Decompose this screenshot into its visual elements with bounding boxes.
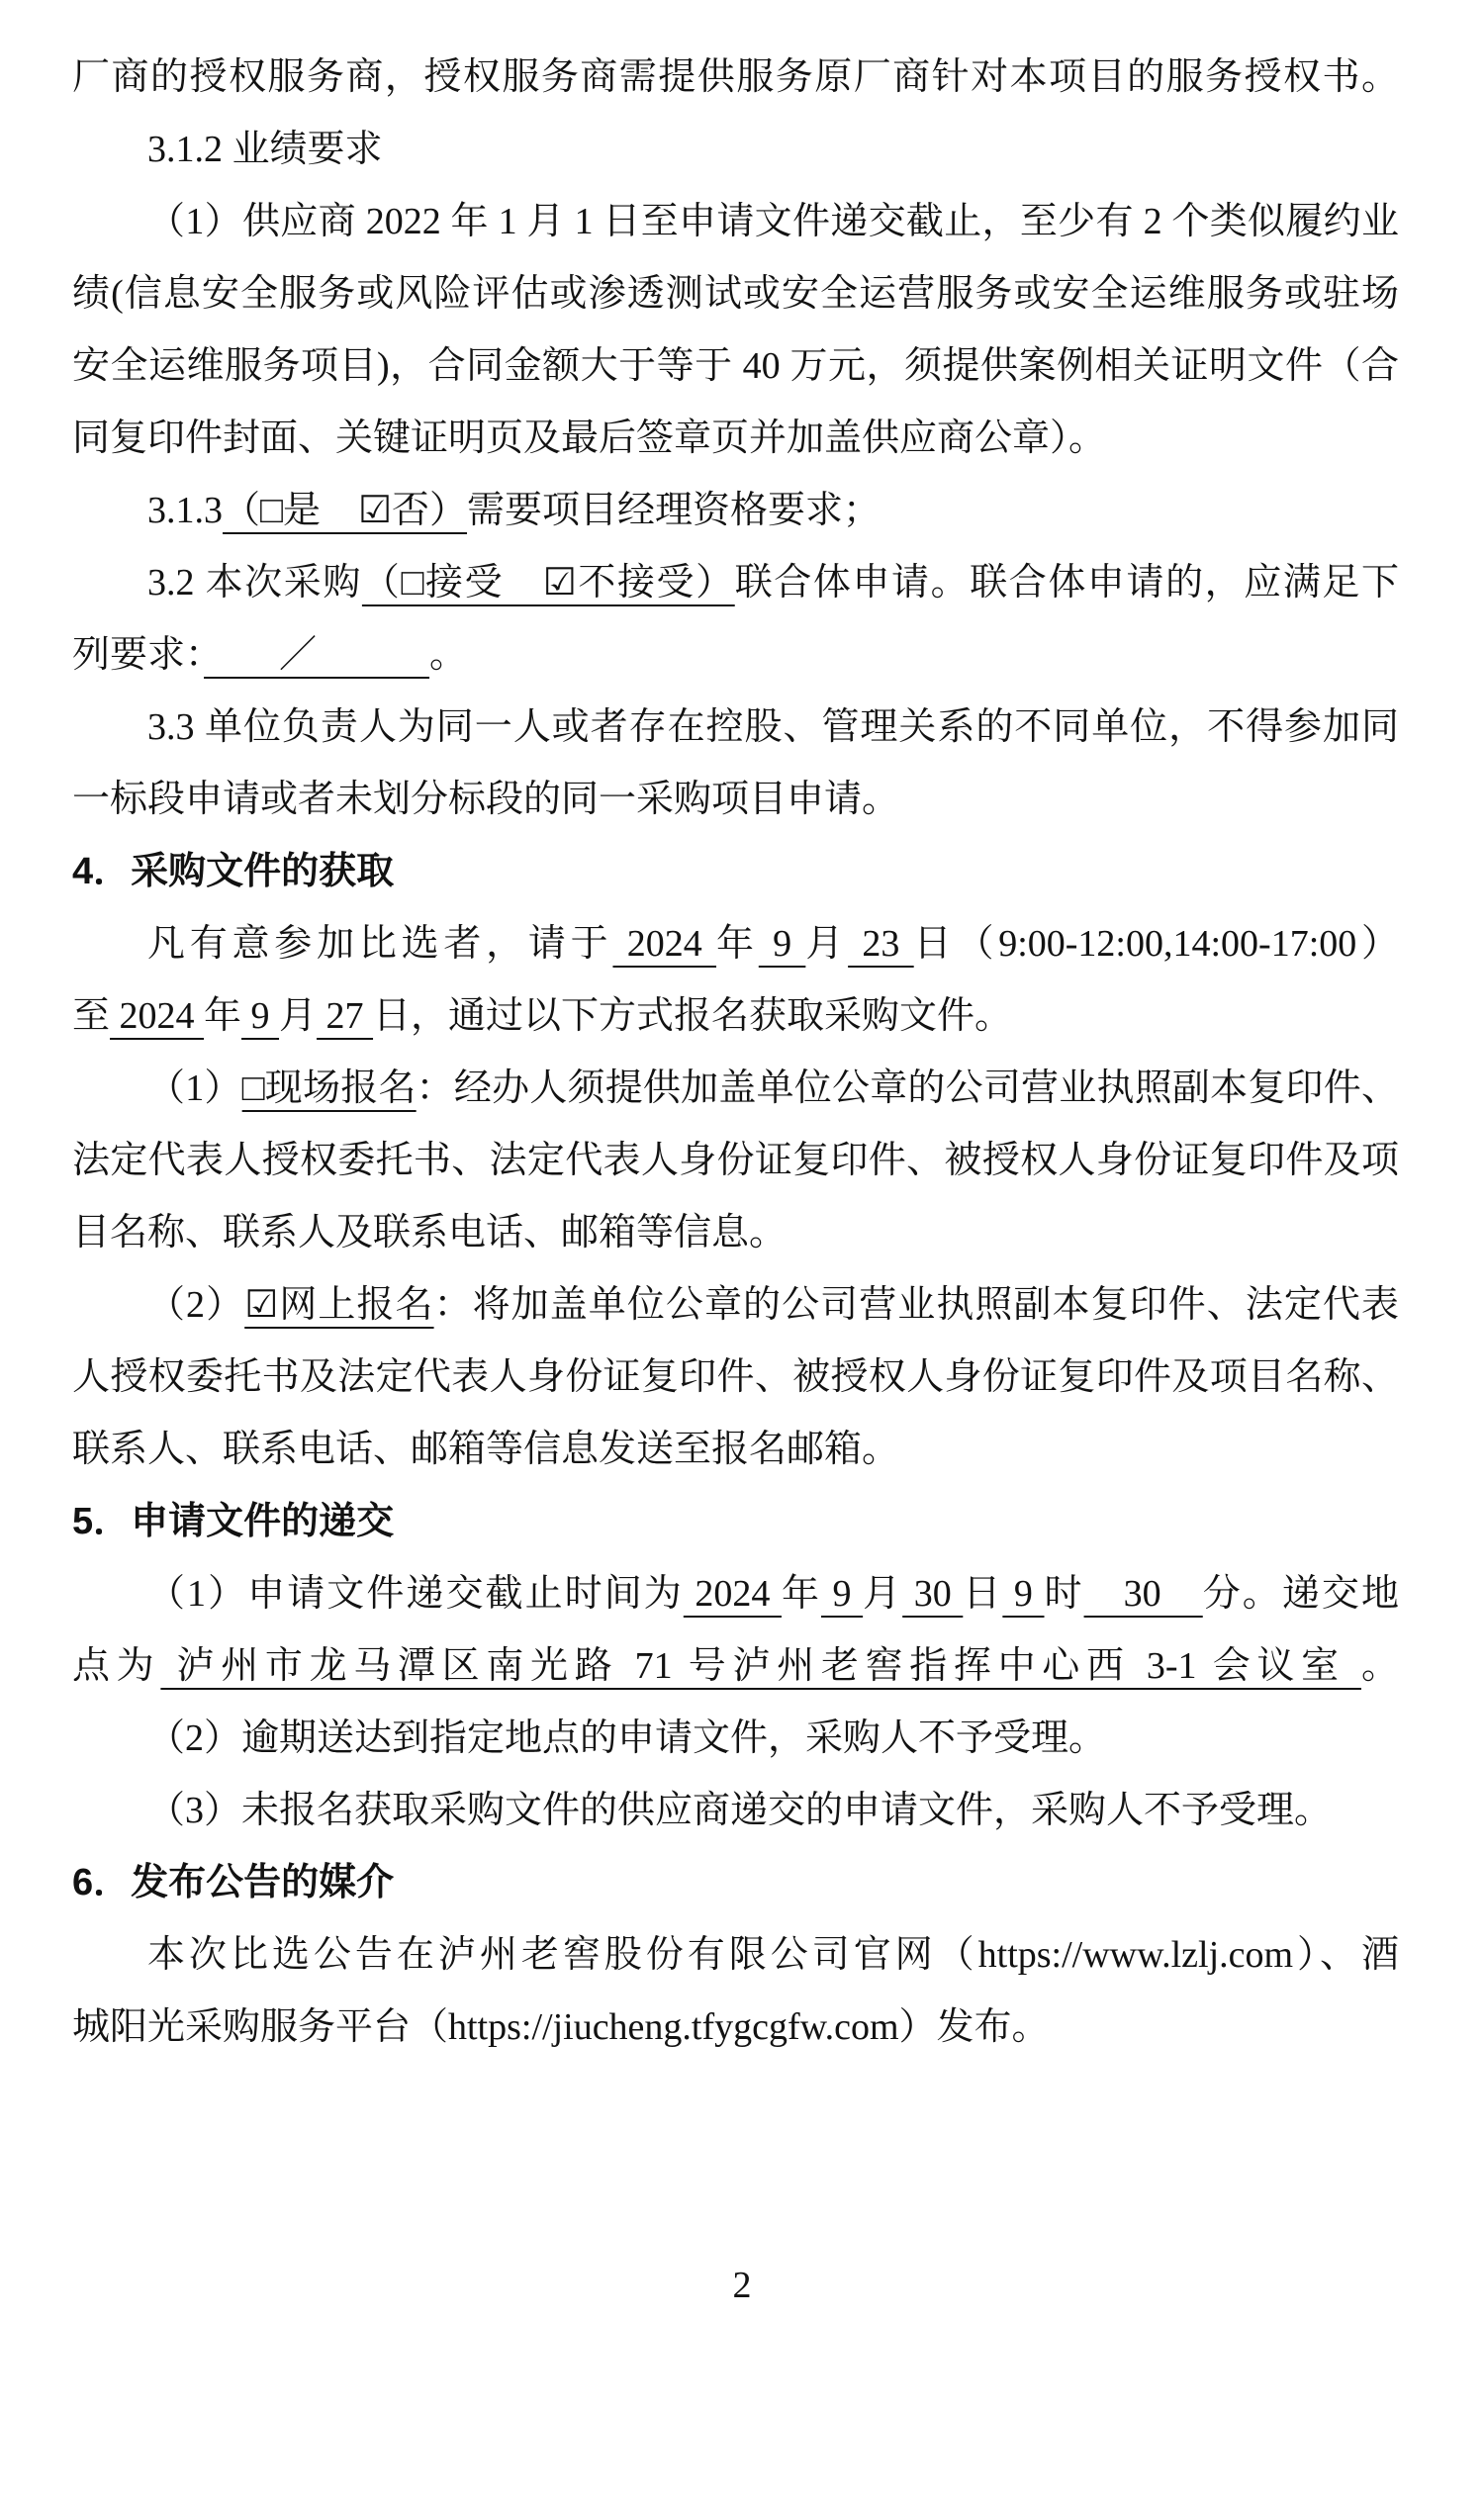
text-line: 凡有意参加比选者，请于 2024 年 9 月 23 日（9:00-12:00,1… xyxy=(72,908,1399,980)
text-run: （3）未报名获取采购文件的供应商递交的申请文件，采购人不予受理。 xyxy=(147,1790,1332,1831)
text-run: 年 xyxy=(204,995,241,1037)
text-line: 厂商的授权服务商，授权服务商需提供服务原厂商针对本项目的服务授权书。 xyxy=(72,42,1399,114)
text-line: 3.1.2 业绩要求 xyxy=(72,114,1399,186)
project-manager-requirement-checkboxes: （□是 ☑否） xyxy=(223,490,467,531)
text-run: （1）供应商 2022 年 1 月 1 日至申请文件递交截止，至少有 2 个类似… xyxy=(147,201,1399,242)
text-run: 日 xyxy=(963,1573,1002,1615)
text-run: 年 xyxy=(716,923,759,965)
text-line: 至 2024 年 9 月 27 日，通过以下方式报名获取采购文件。 xyxy=(72,980,1399,1053)
text-line: 列要求： ／ 。 xyxy=(72,619,1399,692)
deadline-hour-blank: 9 xyxy=(1002,1573,1044,1615)
text-run: 。 xyxy=(1361,1645,1399,1687)
onsite-registration-checkbox: □现场报名 xyxy=(242,1067,417,1109)
section-heading: 5．申请文件的递交 xyxy=(72,1486,1399,1558)
text-line: （3）未报名获取采购文件的供应商递交的申请文件，采购人不予受理。 xyxy=(72,1775,1399,1847)
text-run: 时 xyxy=(1045,1573,1084,1615)
document-body: 厂商的授权服务商，授权服务商需提供服务原厂商针对本项目的服务授权书。3.1.2 … xyxy=(72,42,1399,2064)
start-month-blank: 9 xyxy=(759,923,806,965)
text-run: 6．发布公告的媒介 xyxy=(72,1862,394,1903)
text-run: 厂商的授权服务商，授权服务商需提供服务原厂商针对本项目的服务授权书。 xyxy=(72,56,1399,98)
text-run: 一标段申请或者未划分标段的同一采购项目申请。 xyxy=(72,779,899,820)
document-page: 厂商的授权服务商，授权服务商需提供服务原厂商针对本项目的服务授权书。3.1.2 … xyxy=(0,0,1484,2505)
text-run: 。 xyxy=(429,634,467,676)
text-line: （1）□现场报名：经办人须提供加盖单位公章的公司营业执照副本复印件、 xyxy=(72,1053,1399,1125)
text-run: 3.1.3 xyxy=(147,490,223,531)
text-line: （2）☑网上报名：将加盖单位公章的公司营业执照副本复印件、法定代表 xyxy=(72,1269,1399,1342)
text-run: （2）逾期送达到指定地点的申请文件，采购人不予受理。 xyxy=(147,1717,1106,1759)
page-number: 2 xyxy=(0,2264,1484,2307)
deadline-month-blank: 9 xyxy=(821,1573,863,1615)
text-line: 绩(信息安全服务或风险评估或渗透测试或安全运营服务或安全运维服务或驻场 xyxy=(72,258,1399,330)
text-run: （1）申请文件递交截止时间为 xyxy=(147,1573,684,1615)
text-line: 人授权委托书及法定代表人身份证复印件、被授权人身份证复印件及项目名称、 xyxy=(72,1342,1399,1414)
online-registration-checkbox: ☑网上报名 xyxy=(244,1284,433,1326)
text-line: （1）供应商 2022 年 1 月 1 日至申请文件递交截止，至少有 2 个类似… xyxy=(72,186,1399,258)
text-run: 3.3 单位负责人为同一人或者存在控股、管理关系的不同单位，不得参加同 xyxy=(147,706,1399,748)
deadline-day-blank: 30 xyxy=(902,1573,963,1615)
text-run: 联合体申请。联合体申请的，应满足下 xyxy=(735,562,1399,603)
end-year-blank: 2024 xyxy=(110,995,204,1037)
deadline-year-blank: 2024 xyxy=(684,1573,782,1615)
text-run: 至 xyxy=(72,995,110,1037)
text-line: 法定代表人授权委托书、法定代表人身份证复印件、被授权人身份证复印件及项 xyxy=(72,1125,1399,1197)
consortium-accept-checkboxes: （□接受 ☑不接受） xyxy=(362,562,735,603)
text-line: （2）逾期送达到指定地点的申请文件，采购人不予受理。 xyxy=(72,1703,1399,1775)
text-run: 城阳光采购服务平台（https://jiucheng.tfygcgfw.com）… xyxy=(72,2006,1050,2048)
text-run: 本次比选公告在泸州老窖股份有限公司官网（https://www.lzlj.com… xyxy=(147,1934,1399,1976)
text-run: 同复印件封面、关键证明页及最后签章页并加盖供应商公章）。 xyxy=(72,417,1106,459)
text-run: 分。递交地 xyxy=(1203,1573,1399,1615)
text-run: 3.1.2 业绩要求 xyxy=(147,129,383,170)
text-run: 凡有意参加比选者，请于 xyxy=(147,923,612,965)
text-run: 安全运维服务项目)，合同金额大于等于 40 万元，须提供案例相关证明文件（合 xyxy=(72,345,1399,387)
submission-address-blank: 泸州市龙马潭区南光路 71 号泸州老窖指挥中心西 3-1 会议室 xyxy=(160,1645,1361,1687)
text-run: 法定代表人授权委托书、法定代表人身份证复印件、被授权人身份证复印件及项 xyxy=(72,1140,1399,1181)
deadline-minute-blank: 30 xyxy=(1084,1573,1203,1615)
text-run: 目名称、联系人及联系电话、邮箱等信息。 xyxy=(72,1212,787,1253)
text-line: 本次比选公告在泸州老窖股份有限公司官网（https://www.lzlj.com… xyxy=(72,1919,1399,1992)
section-heading: 4．采购文件的获取 xyxy=(72,836,1399,908)
text-line: 联系人、联系电话、邮箱等信息发送至报名邮箱。 xyxy=(72,1414,1399,1486)
text-run: 绩(信息安全服务或风险评估或渗透测试或安全运营服务或安全运维服务或驻场 xyxy=(72,273,1399,315)
text-line: 安全运维服务项目)，合同金额大于等于 40 万元，须提供案例相关证明文件（合 xyxy=(72,330,1399,403)
text-run: ：将加盖单位公章的公司营业执照副本复印件、法定代表 xyxy=(434,1284,1399,1326)
text-run: 联系人、联系电话、邮箱等信息发送至报名邮箱。 xyxy=(72,1429,899,1470)
text-run: 人授权委托书及法定代表人身份证复印件、被授权人身份证复印件及项目名称、 xyxy=(72,1356,1399,1398)
start-day-blank: 23 xyxy=(848,923,914,965)
text-run: （1） xyxy=(147,1067,242,1109)
text-run: 月 xyxy=(805,923,848,965)
text-run: 日（9:00-12:00,14:00-17:00） xyxy=(914,923,1399,965)
text-run: 日，通过以下方式报名获取采购文件。 xyxy=(373,995,1012,1037)
text-run: 月 xyxy=(279,995,317,1037)
text-run: （2） xyxy=(147,1284,244,1326)
section-heading: 6．发布公告的媒介 xyxy=(72,1847,1399,1919)
text-line: 同复印件封面、关键证明页及最后签章页并加盖供应商公章）。 xyxy=(72,403,1399,475)
text-run: 月 xyxy=(863,1573,902,1615)
text-run: 3.2 本次采购 xyxy=(147,562,362,603)
text-run: 列要求： xyxy=(72,634,204,676)
text-run: 需要项目经理资格要求； xyxy=(467,490,881,531)
text-line: 一标段申请或者未划分标段的同一采购项目申请。 xyxy=(72,764,1399,836)
text-line: 点为 泸州市龙马潭区南光路 71 号泸州老窖指挥中心西 3-1 会议室 。 xyxy=(72,1630,1399,1703)
text-line: 城阳光采购服务平台（https://jiucheng.tfygcgfw.com）… xyxy=(72,1992,1399,2064)
text-run: 5．申请文件的递交 xyxy=(72,1501,394,1542)
text-line: （1）申请文件递交截止时间为 2024 年 9 月 30 日 9 时 30 分。… xyxy=(72,1558,1399,1630)
text-line: 目名称、联系人及联系电话、邮箱等信息。 xyxy=(72,1197,1399,1269)
text-run: 4．采购文件的获取 xyxy=(72,851,394,892)
start-year-blank: 2024 xyxy=(612,923,716,965)
end-day-blank: 27 xyxy=(317,995,373,1037)
text-line: 3.2 本次采购（□接受 ☑不接受）联合体申请。联合体申请的，应满足下 xyxy=(72,547,1399,619)
text-run: 年 xyxy=(782,1573,821,1615)
text-run: 点为 xyxy=(72,1645,160,1687)
text-line: 3.3 单位负责人为同一人或者存在控股、管理关系的不同单位，不得参加同 xyxy=(72,692,1399,764)
text-run: ：经办人须提供加盖单位公章的公司营业执照副本复印件、 xyxy=(417,1067,1399,1109)
text-line: 3.1.3（□是 ☑否）需要项目经理资格要求； xyxy=(72,475,1399,547)
end-month-blank: 9 xyxy=(241,995,279,1037)
blank-slash-field: ／ xyxy=(204,634,429,676)
